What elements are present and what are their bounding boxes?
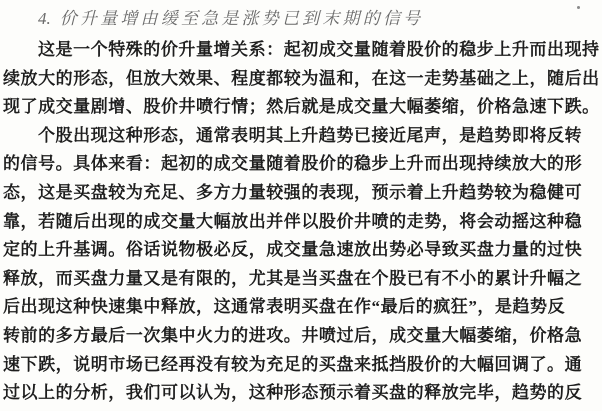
text-line: 这是一个特殊的价升量增关系：起初成交量随着股价的稳步上升而出现持 [3,36,601,65]
section-number: 4. [38,9,51,28]
text-line: 的信号。具体来看：起初的成交量随着股价的稳步上升而出现持续放大的形 [3,150,601,179]
text-line: 过以上的分析，我们可以认为，这种形态预示着买盘的释放完毕，趋势的反 [3,379,601,408]
text-line: 续放大的形态，但放大效果、程度都较为温和，在这一走势基础之上，随后出 [3,65,601,94]
section-title: 价升量增由缓至急是涨势已到末期的信号 [60,9,424,28]
text-line: 个股出现这种形态，通常表明其上升趋势已接近尾声，是趋势即将反转 [3,122,601,151]
text-line: 后出现这种快速集中释放，这通常表明买盘在作“最后的疯狂”，是趋势反 [3,293,601,322]
text-line: 现了成交量剧增、股价井喷行情；然后就是成交量大幅萎缩，价格急速下跌。 [3,93,601,122]
body-text: 这是一个特殊的价升量增关系：起初成交量随着股价的稳步上升而出现持 续放大的形态，… [3,36,601,408]
scan-speck [577,6,580,9]
text-line: 靠，若随后出现的成交量大幅放出并伴以股价井喷的走势，将会动摇这种稳 [3,208,601,237]
text-line: 释放，而买盘力量又是有限的，尤其是当买盘在个股已有不小的累计升幅之 [3,265,601,294]
book-page: 4.价升量增由缓至急是涨势已到末期的信号 这是一个特殊的价升量增关系：起初成交量… [0,0,602,411]
text-line: 转前的多方最后一次集中火力的进攻。井喷过后，成交量大幅萎缩，价格急 [3,322,601,351]
text-line: 定的上升基调。俗话说物极必反，成交量急速放出势必导致买盘力量的过快 [3,236,601,265]
text-line: 速下跌，说明市场已经再没有较为充足的买盘来抵挡股价的大幅回调了。通 [3,351,601,380]
section-heading: 4.价升量增由缓至急是涨势已到末期的信号 [38,5,423,33]
text-line: 态，这是买盘较为充足、多方力量较强的表现，预示着上升趋势较为稳健可 [3,179,601,208]
